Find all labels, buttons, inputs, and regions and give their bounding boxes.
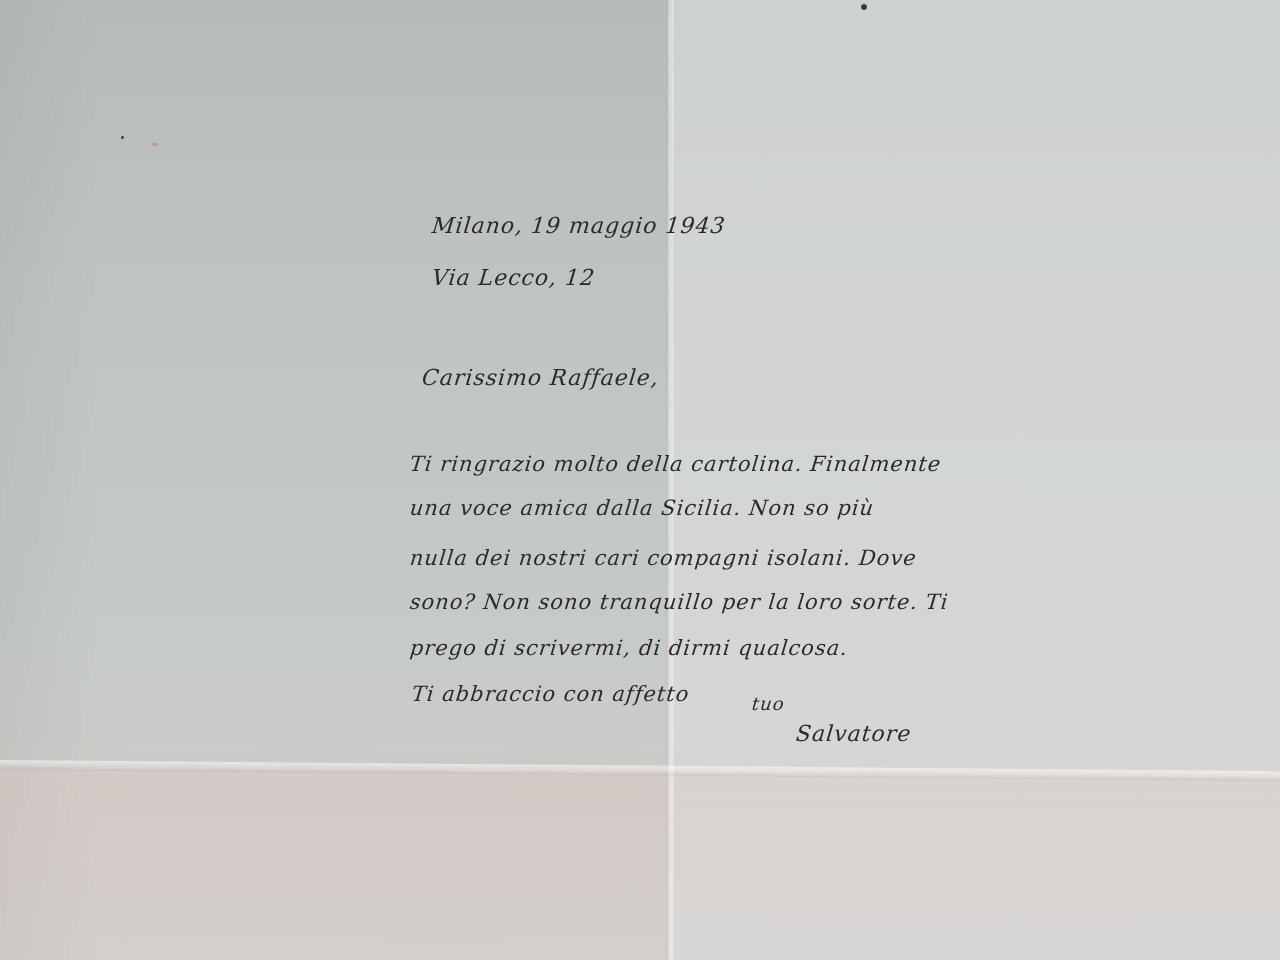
vertical-fold-crease (666, 0, 674, 960)
body-line-1: Ti ringrazio molto della cartolina. Fina… (409, 452, 943, 476)
body-line-2: una voce amica dalla Sicilia. Non so più (409, 496, 876, 520)
salutation: Carissimo Raffaele, (421, 366, 661, 391)
body-line-5: prego di scrivermi, di dirmi qualcosa. (409, 636, 850, 660)
paper-lower-section (0, 768, 1280, 960)
address-line: Via Lecco, 12 (431, 266, 597, 291)
paper-speck (121, 136, 124, 139)
date-line: Milano, 19 maggio 1943 (431, 214, 727, 239)
body-line-6: Ti abbraccio con affetto (411, 682, 691, 706)
closing: tuo (751, 694, 786, 715)
body-line-3: nulla dei nostri cari compagni isolani. … (409, 546, 918, 570)
body-line-4: sono? Non sono tranquillo per la loro so… (409, 590, 950, 614)
signature: Salvatore (795, 722, 913, 747)
paper-puncture-mark (861, 4, 867, 10)
letter-paper: Milano, 19 maggio 1943 Via Lecco, 12 Car… (0, 0, 1280, 960)
paper-stain (152, 143, 158, 146)
